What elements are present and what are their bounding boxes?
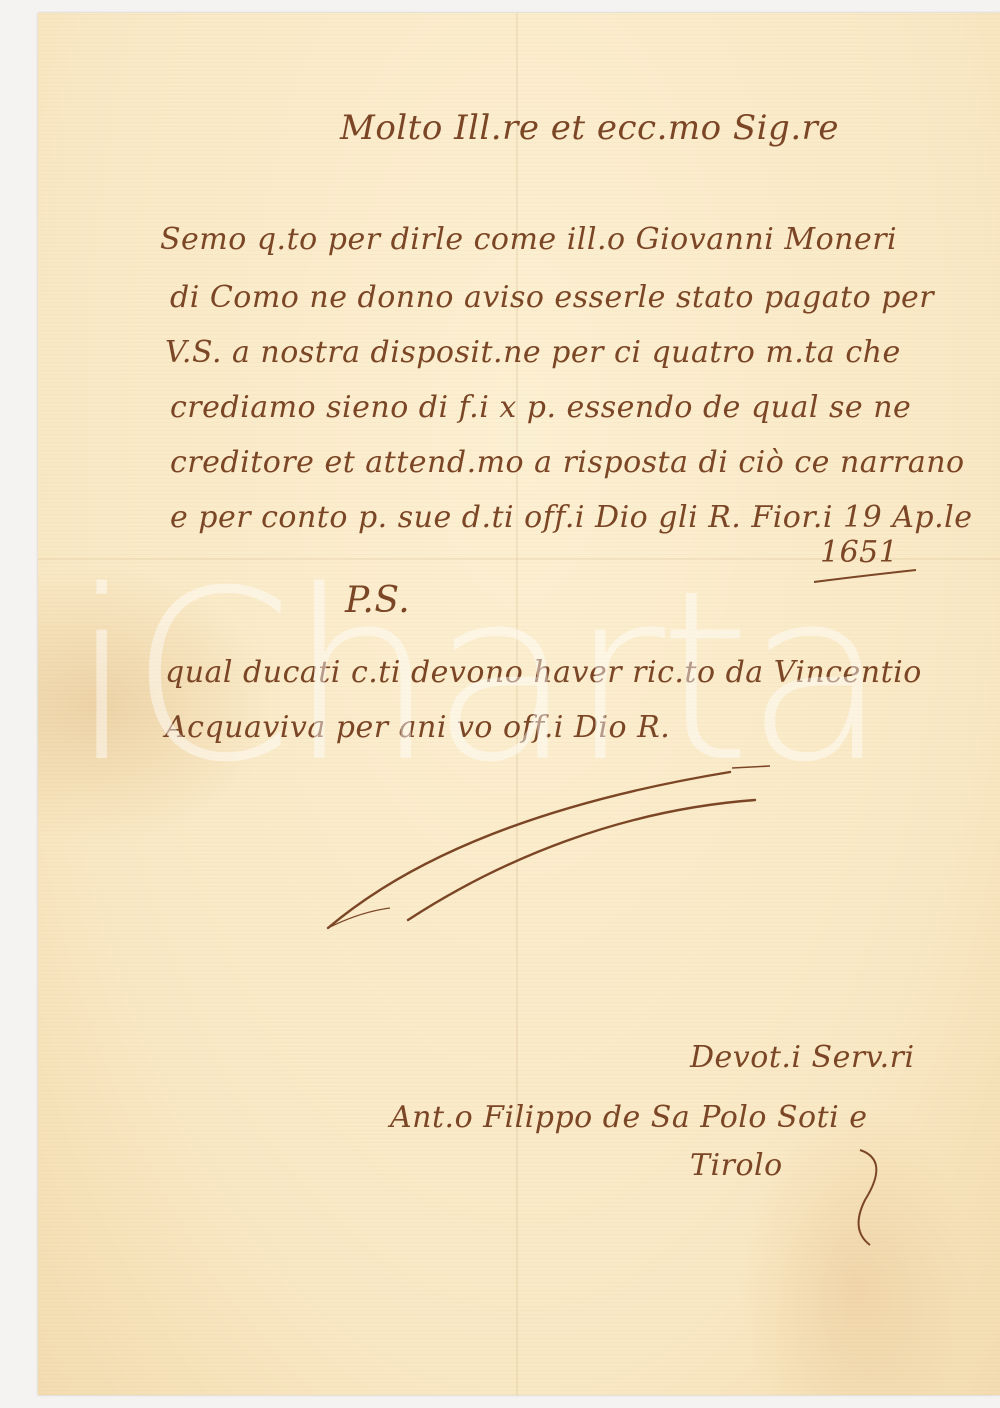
body-line-3: V.S. a nostra disposit.ne per ci quatro … bbox=[165, 335, 901, 370]
pen-flourish bbox=[300, 760, 800, 940]
closing-phrase: Devot.i Serv.ri bbox=[690, 1040, 915, 1075]
signature-flourish bbox=[820, 1140, 900, 1250]
signature-line-2: Tirolo bbox=[690, 1148, 783, 1183]
body-line-2: di Como ne donno aviso esserle stato pag… bbox=[170, 280, 934, 315]
signature-line-1: Ant.o Filippo de Sa Polo Soti e bbox=[390, 1100, 868, 1135]
salutation: Molto Ill.re et ecc.mo Sig.re bbox=[340, 108, 839, 148]
postscript-mark: P.S. bbox=[345, 580, 410, 621]
year-underline-flourish bbox=[810, 566, 920, 586]
postscript-line-1: qual ducati c.ti devono haver ric.to da … bbox=[165, 655, 922, 690]
body-line-4: crediamo sieno di f.i x p. essendo de qu… bbox=[170, 390, 911, 425]
body-line-5: creditore et attend.mo a risposta di ciò… bbox=[170, 445, 965, 480]
body-line-6: e per conto p. sue d.ti off.i Dio gli R.… bbox=[170, 500, 973, 535]
body-line-1: Semo q.to per dirle come ill.o Giovanni … bbox=[160, 222, 897, 257]
postscript-line-2: Acquaviva per ani vo off.i Dio R. bbox=[165, 710, 670, 745]
date-year: 1651 bbox=[820, 535, 898, 570]
fold-crease-vertical bbox=[516, 13, 518, 1395]
